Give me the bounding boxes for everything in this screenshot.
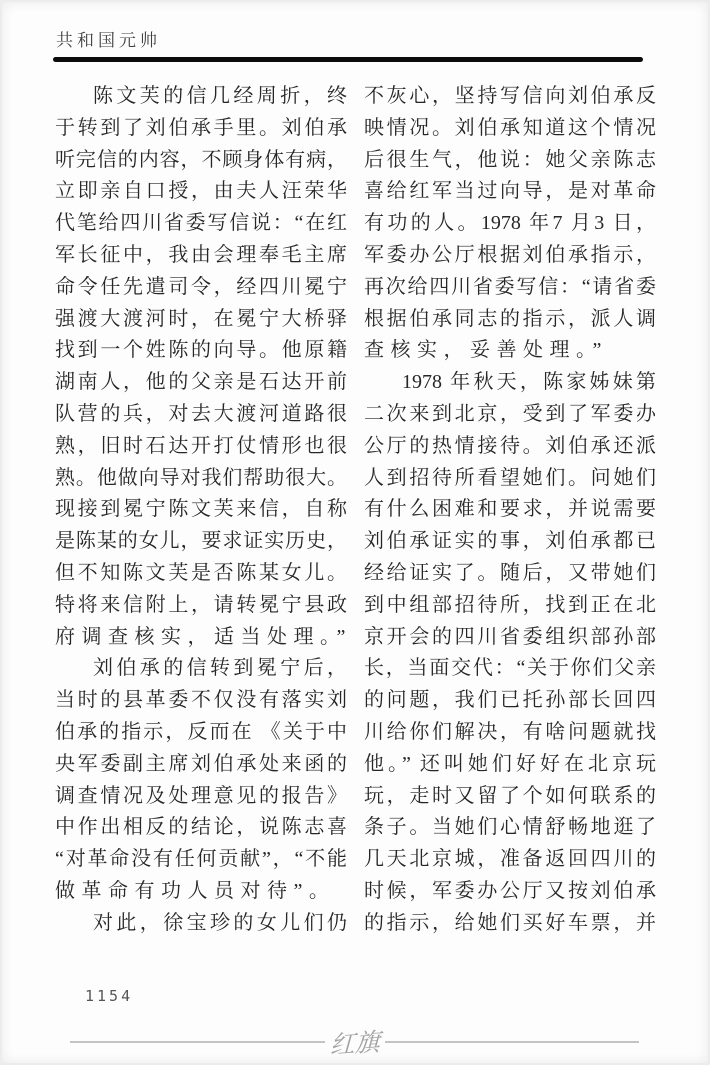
text-line: 熟。他做向导对我们帮助很大。 [55, 463, 347, 495]
text-line: 陈文芙的信几经周折，终 [55, 81, 347, 113]
text-line: 有什么困难和要求，并说需要 [364, 494, 656, 526]
text-line: 映情况。刘伯承知道这个情况 [364, 113, 656, 145]
text-line: 到中组部招待所，找到正在北 [364, 590, 656, 622]
text-line: 玩，走时又留了个如何联系的 [364, 781, 656, 813]
header-divider-rule [53, 57, 643, 62]
text-line: 中作出相反的结论，说陈志喜 [55, 812, 347, 844]
text-line: 立即亲自口授，由夫人汪荣华 [55, 176, 347, 208]
text-line: 根据伯承同志的指示，派人调 [364, 304, 656, 336]
right-text-column: 不灰心，坚持写信向刘伯承反映情况。刘伯承知道这个情况后很生气，他说：她父亲陈志喜… [364, 81, 656, 940]
text-line: 不灰心，坚持写信向刘伯承反 [364, 81, 656, 113]
text-line: 听完信的内容，不顾身体有病， [55, 145, 347, 177]
book-page: { "page": { "header": { "title": "共和国元帅"… [0, 0, 710, 1065]
text-line: 刘伯承的信转到冕宁后， [55, 653, 347, 685]
text-line: 强渡大渡河时，在冕宁大桥驿 [55, 304, 347, 336]
text-line: 查核实，妥善处理。” [364, 335, 656, 367]
text-line: 他。” 还叫她们好好在北京玩 [364, 749, 656, 781]
text-line: 是陈某的女儿，要求证实历史， [55, 526, 347, 558]
text-line: 京开会的四川省委组织部孙部 [364, 622, 656, 654]
text-line: 公厅的热情接待。刘伯承还派 [364, 431, 656, 463]
text-line: 调查情况及处理意见的报告》 [55, 781, 347, 813]
page-number: 1154 [85, 987, 133, 1005]
text-line: 府调查核实，适当处理。” [55, 622, 347, 654]
footer-band: 红旗 [70, 1024, 639, 1060]
text-line: 1978 年秋天，陈家姊妹第 [364, 367, 656, 399]
text-line: 川给你们解决，有啥问题就找 [364, 717, 656, 749]
text-line: 湖南人，他的父亲是石达开前 [55, 367, 347, 399]
text-line: 人到招待所看望她们。问她们 [364, 463, 656, 495]
text-line: 对此，徐宝珍的女儿们仍 [55, 908, 347, 940]
text-line: 做革命有功人员对待”。 [55, 876, 347, 908]
text-line: 几天北京城，准备返回四川的 [364, 844, 656, 876]
text-line: 命令任先遣司令，经四川冕宁 [55, 272, 347, 304]
text-line: 再次给四川省委写信：“请省委 [364, 272, 656, 304]
text-line: 长，当面交代：“关于你们父亲 [364, 653, 656, 685]
text-line: 队营的兵，对去大渡河道路很 [55, 399, 347, 431]
text-line: 特将来信附上，请转冕宁县政 [55, 590, 347, 622]
footer-divider-rule-left [70, 1041, 325, 1043]
text-line: 于转到了刘伯承手里。刘伯承 [55, 113, 347, 145]
text-line: “对革命没有任何贡献”，“不能 [55, 844, 347, 876]
text-line: 经给证实了。随后，又带她们 [364, 558, 656, 590]
text-line: 喜给红军当过向导，是对革命 [364, 176, 656, 208]
text-line: 刘伯承证实的事，刘伯承都已 [364, 526, 656, 558]
text-line: 央军委副主席刘伯承处来函的 [55, 749, 347, 781]
text-line: 有功的人。1978 年7 月3 日， [364, 208, 656, 240]
text-line: 伯承的指示，反而在 《关于中 [55, 717, 347, 749]
text-line: 的指示，给她们买好车票，并 [364, 908, 656, 940]
text-line: 找到一个姓陈的向导。他原籍 [55, 335, 347, 367]
text-line: 条子。当她们心情舒畅地逛了 [364, 812, 656, 844]
journal-logo: 红旗 [324, 1022, 385, 1062]
text-line: 熟，旧时石达开打仗情形也很 [55, 431, 347, 463]
left-text-column: 陈文芙的信几经周折，终于转到了刘伯承手里。刘伯承听完信的内容，不顾身体有病，立即… [55, 81, 347, 940]
running-header-title: 共和国元帅 [56, 26, 161, 51]
text-line: 军长征中，我由会理奉毛主席 [55, 240, 347, 272]
text-line: 但不知陈文芙是否陈某女儿。 [55, 558, 347, 590]
text-line: 代笔给四川省委写信说：“在红 [55, 208, 347, 240]
footer-divider-rule-right [385, 1041, 640, 1043]
text-line: 现接到冕宁陈文芙来信，自称 [55, 494, 347, 526]
text-columns: 陈文芙的信几经周折，终于转到了刘伯承手里。刘伯承听完信的内容，不顾身体有病，立即… [55, 81, 656, 940]
text-line: 军委办公厅根据刘伯承指示， [364, 240, 656, 272]
text-line: 二次来到北京，受到了军委办 [364, 399, 656, 431]
text-line: 后很生气，他说：她父亲陈志 [364, 145, 656, 177]
text-line: 时候，军委办公厅又按刘伯承 [364, 876, 656, 908]
text-line: 的问题，我们已托孙部长回四 [364, 685, 656, 717]
text-line: 当时的县革委不仅没有落实刘 [55, 685, 347, 717]
